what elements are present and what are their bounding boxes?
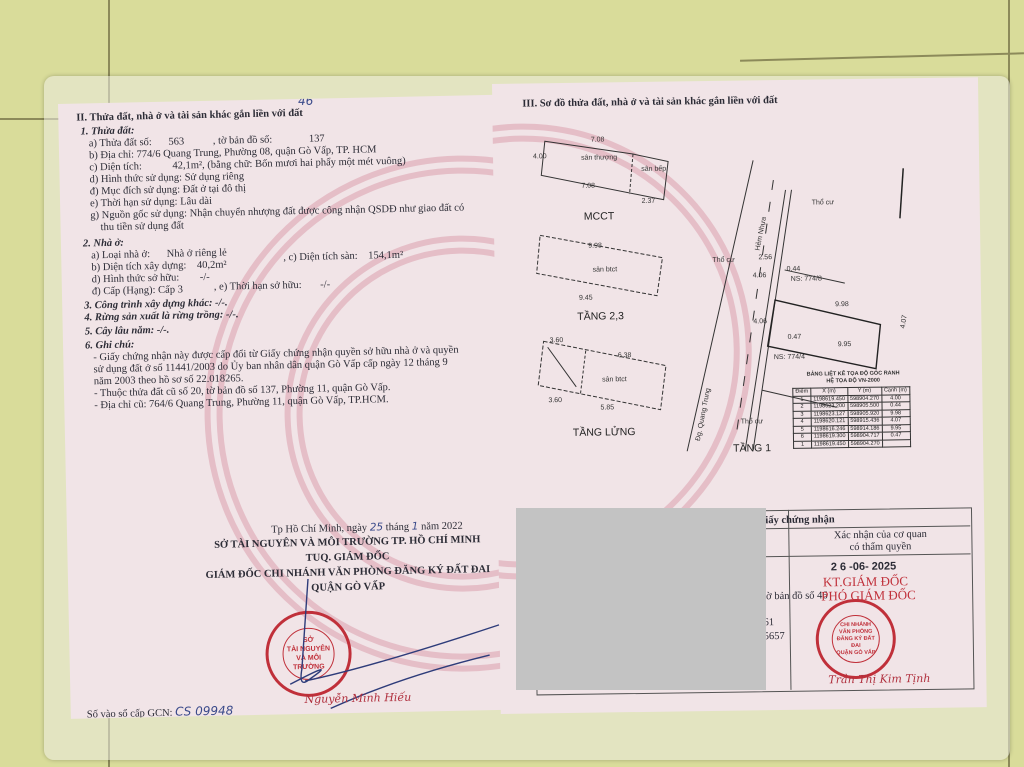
grade-value: Cấp 3 bbox=[158, 284, 183, 296]
parcel-no: 563 bbox=[168, 136, 184, 147]
room-label: sân thượng bbox=[581, 154, 617, 162]
day-handwritten: 25 bbox=[370, 521, 384, 533]
floor-area-value: 154,1m² bbox=[368, 250, 403, 262]
redacted-area bbox=[516, 508, 766, 690]
confirm-title: KT.GIÁM ĐỐC bbox=[823, 574, 908, 588]
floor-label-mcct: MCCT bbox=[584, 210, 614, 222]
section-title-iii: III. Sơ đồ thửa đất, nhà ở và tài sản kh… bbox=[522, 94, 778, 111]
neighbor-label: Thổ cư bbox=[741, 418, 763, 425]
changes-header: giấy chứng nhận bbox=[760, 513, 835, 527]
section-title-ii: II. Thửa đất, nhà ở và tài sản khác gắn … bbox=[76, 107, 303, 125]
change-content: tờ bản đồ số 46 bbox=[763, 589, 828, 603]
room-label: sân btct bbox=[593, 266, 618, 273]
signer-name: Nguyễn Minh Hiếu bbox=[304, 691, 411, 706]
room-label: sân btct bbox=[602, 376, 627, 383]
floor-label-tang23: TẦNG 2,3 bbox=[577, 310, 624, 323]
room-label: sân bếp bbox=[641, 166, 666, 173]
ownership-value: -/- bbox=[200, 272, 210, 283]
build-area-value: 40,2m² bbox=[197, 260, 227, 272]
ns-top-label: NS: 774/8 bbox=[791, 275, 822, 282]
own-term-value: -/- bbox=[320, 279, 330, 290]
change-content: 5657 bbox=[764, 630, 785, 643]
origin-value-cont: thu tiền sử dụng đất bbox=[100, 219, 184, 234]
month-handwritten: 1 bbox=[412, 521, 419, 533]
grade-label: đ) Cấp (Hạng): bbox=[92, 285, 156, 297]
year: 2022 bbox=[442, 521, 463, 532]
map-sheet-no: 137 bbox=[309, 133, 325, 144]
tile-grout bbox=[740, 52, 1024, 61]
own-term-label: , e) Thời hạn sở hữu: bbox=[214, 280, 302, 293]
perennial: 5. Cây lâu năm: -/-. bbox=[85, 324, 170, 339]
floor-area-label: , c) Diện tích sàn: bbox=[283, 251, 358, 264]
term-value: Lâu dài bbox=[180, 196, 212, 208]
floor-label-ground: TẦNG 1 bbox=[733, 442, 771, 455]
area-value: 42,1m², (bằng chữ: Bốn mươi hai phẩy một… bbox=[172, 156, 405, 172]
purpose-value: Đất ở tại đô thị bbox=[183, 183, 247, 195]
coord-table-header: Cạnh (m) bbox=[881, 387, 909, 395]
left-page: II. Thửa đất, nhà ở và tài sản khác gắn … bbox=[58, 94, 529, 718]
neighbor-label: Thổ cư bbox=[712, 257, 734, 264]
ns-bottom-label: NS: 774/4 bbox=[774, 354, 805, 361]
neighbor-label: Thổ cư bbox=[812, 199, 834, 206]
coord-table: ĐiểmX (m)Y (m)Cạnh (m) 11198619.45059890… bbox=[792, 386, 910, 449]
floor-label-mezzanine: TẦNG LỬNG bbox=[573, 426, 636, 439]
forest: 4. Rừng sản xuất là rừng trồng: -/-. bbox=[84, 308, 238, 324]
coord-table-header: Điểm bbox=[793, 388, 811, 396]
confirm-header: có thẩm quyền bbox=[790, 539, 970, 555]
confirm-signer: Trần Thị Kim Tịnh bbox=[828, 672, 930, 686]
confirm-date: 2 6 -06- 2025 bbox=[831, 560, 897, 574]
table-row: 11198619.450598904.270 bbox=[794, 439, 911, 448]
